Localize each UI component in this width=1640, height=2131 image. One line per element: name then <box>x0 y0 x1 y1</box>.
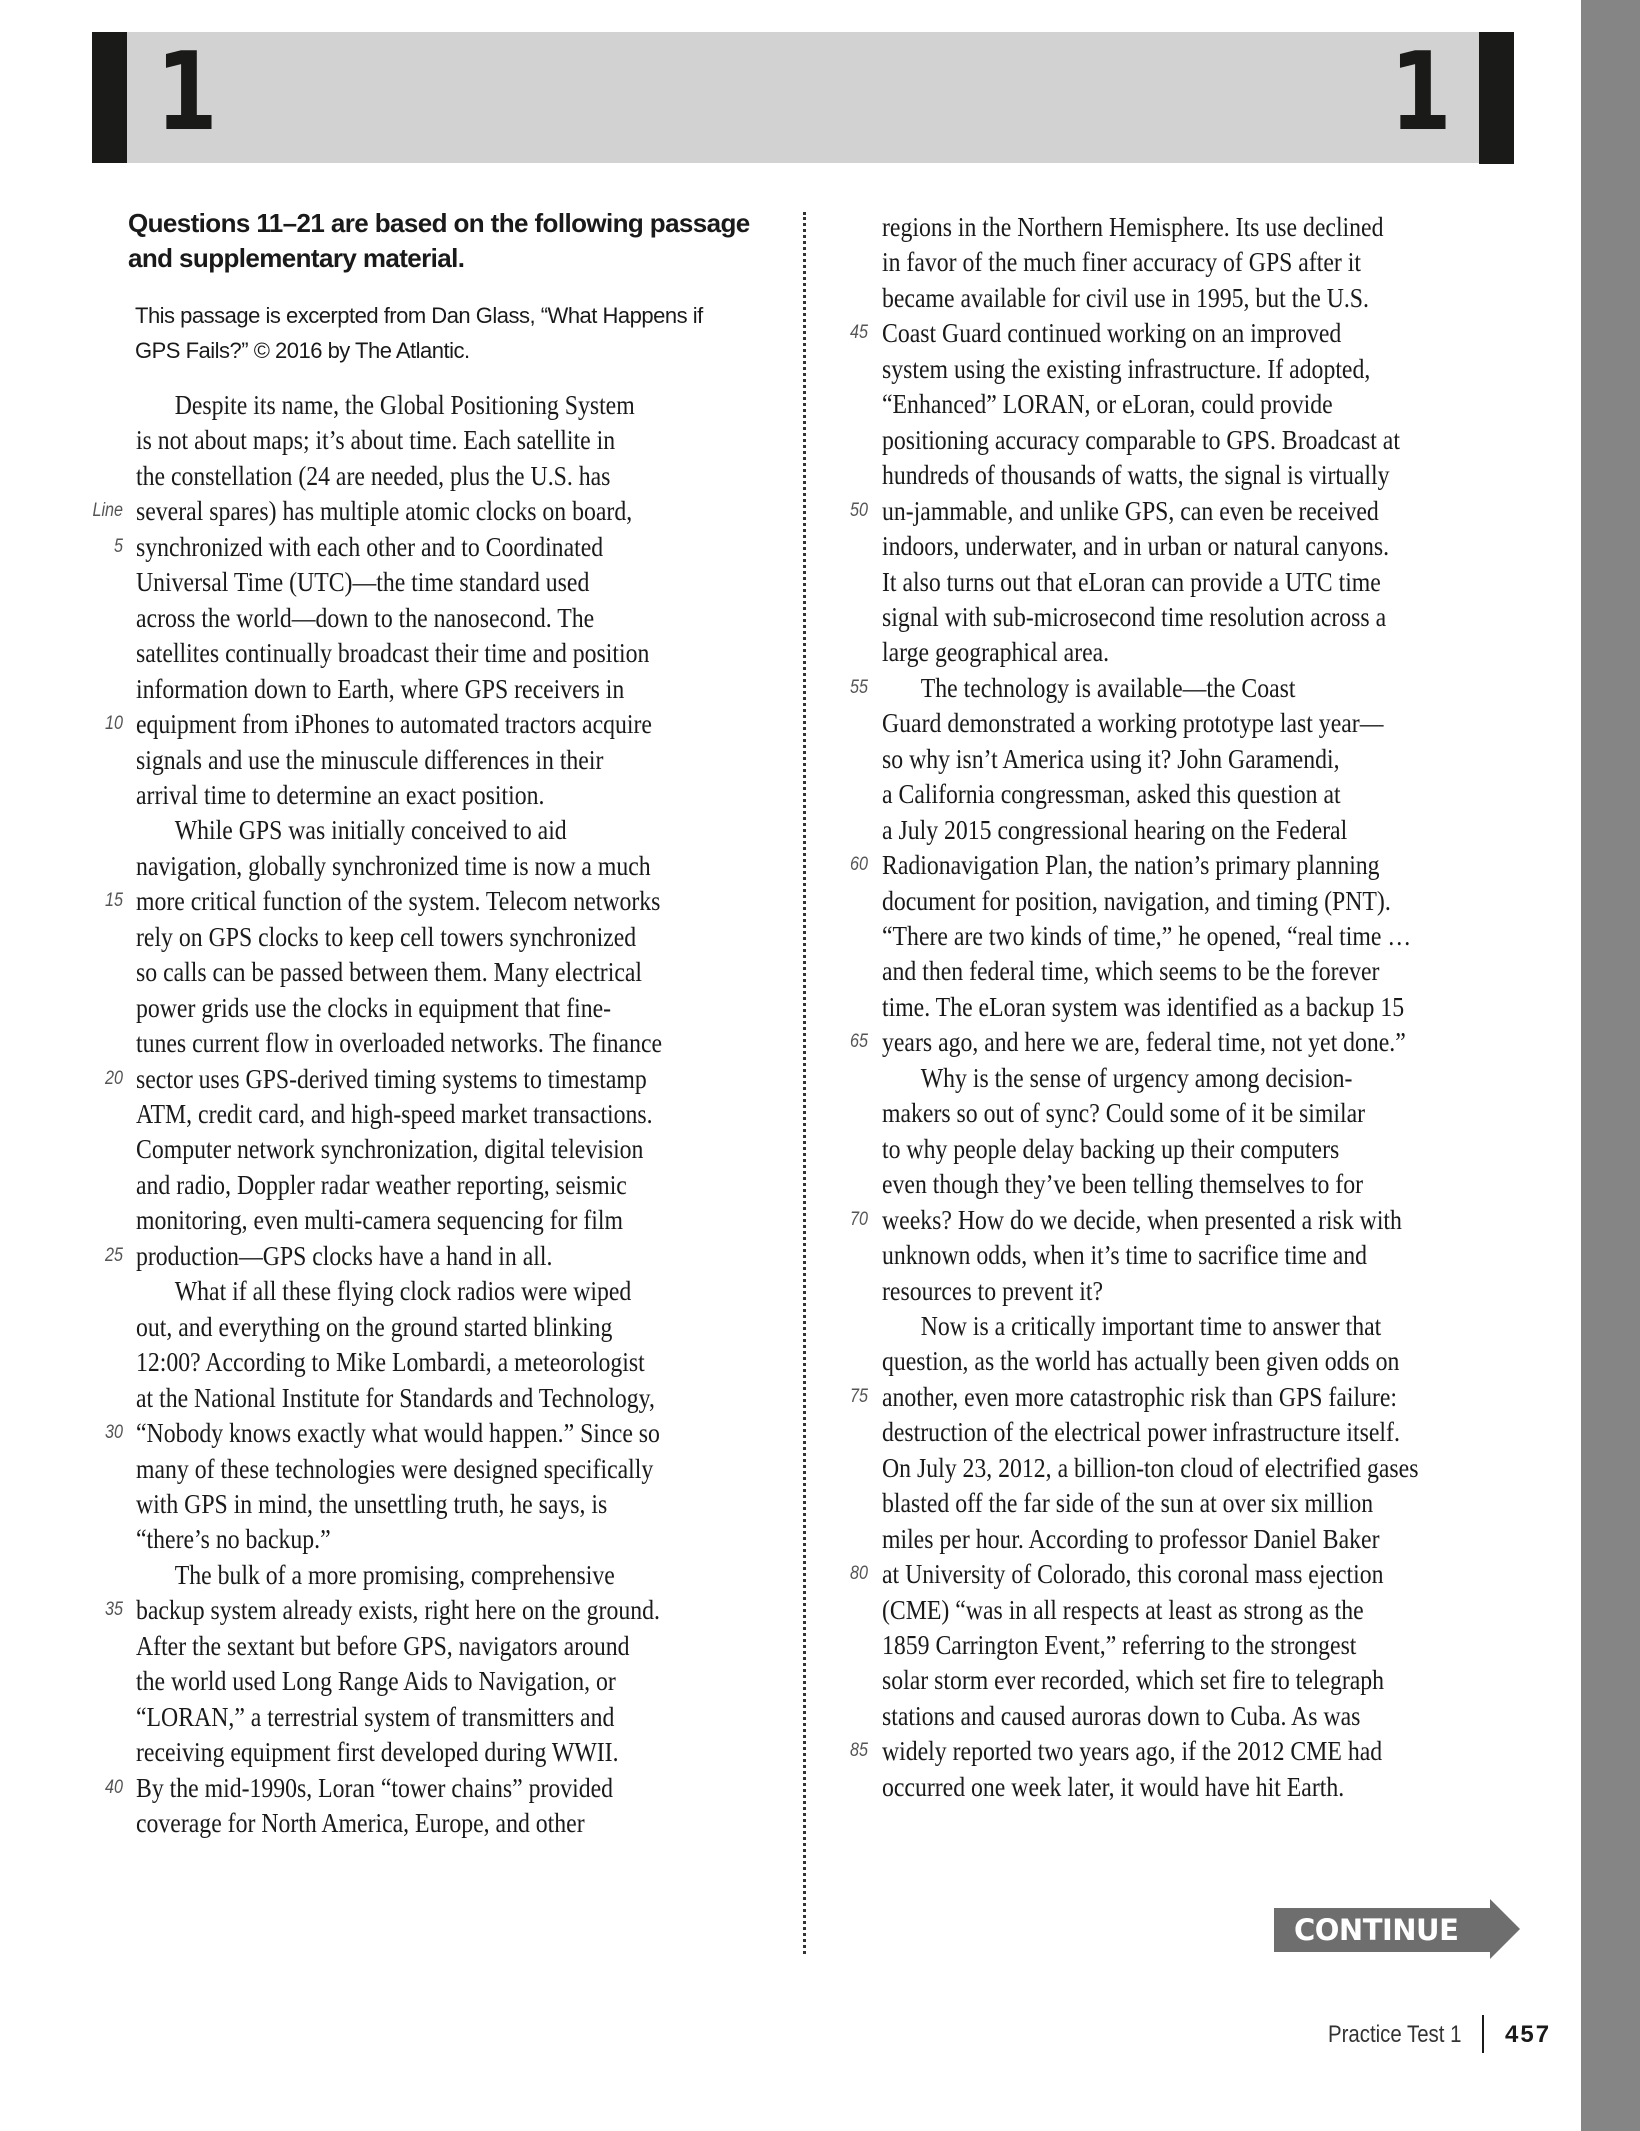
section-header-band <box>92 32 1514 163</box>
line-number-label: 30 <box>81 1416 124 1450</box>
line-number-label: 75 <box>826 1380 869 1414</box>
passage-line: 12:00? According to Mike Lombardi, a met… <box>136 1345 645 1379</box>
passage-line: Radionavigation Plan, the nation’s prima… <box>882 848 1380 882</box>
passage-line: hundreds of thousands of watts, the sign… <box>882 458 1389 492</box>
passage-line: time. The eLoran system was identified a… <box>882 990 1404 1024</box>
passage-line: across the world—down to the nanosecond.… <box>136 601 594 635</box>
continue-label: CONTINUE <box>1294 1908 1458 1952</box>
passage-line: a California congressman, asked this que… <box>882 777 1341 811</box>
section-number-left: 1 <box>156 38 218 148</box>
passage-line: positioning accuracy comparable to GPS. … <box>882 423 1400 457</box>
passage-line: system using the existing infrastructure… <box>882 352 1370 386</box>
passage-line: the constellation (24 are needed, plus t… <box>136 459 610 493</box>
passage-line: a July 2015 congressional hearing on the… <box>882 813 1347 847</box>
passage-line: out, and everything on the ground starte… <box>136 1310 612 1344</box>
passage-line: information down to Earth, where GPS rec… <box>136 672 624 706</box>
passage-line: equipment from iPhones to automated trac… <box>136 707 652 741</box>
section-header-right-bar <box>1479 32 1514 164</box>
passage-line: “there’s no backup.” <box>136 1522 331 1556</box>
line-number-label: 40 <box>81 1771 124 1805</box>
page-edge-tab <box>1581 0 1640 2131</box>
column-divider <box>803 212 806 1954</box>
passage-line: many of these technologies were designed… <box>136 1452 653 1486</box>
passage-line: so why isn’t America using it? John Gara… <box>882 742 1340 776</box>
passage-line: and then federal time, which seems to be… <box>882 954 1379 988</box>
passage-line: miles per hour. According to professor D… <box>882 1522 1380 1556</box>
line-number-label: 85 <box>826 1734 869 1768</box>
passage-line: large geographical area. <box>882 635 1109 669</box>
passage-line: “There are two kinds of time,” he opened… <box>882 919 1411 953</box>
passage-line: power grids use the clocks in equipment … <box>136 991 611 1025</box>
section-number-right: 1 <box>1390 38 1452 148</box>
passage-line: stations and caused auroras down to Cuba… <box>882 1699 1360 1733</box>
passage-line: The bulk of a more promising, comprehens… <box>136 1558 615 1592</box>
passage-line: sector uses GPS-derived timing systems t… <box>136 1062 647 1096</box>
passage-line: What if all these flying clock radios we… <box>136 1274 631 1308</box>
line-number-label: 45 <box>826 316 869 350</box>
passage-line: “LORAN,” a terrestrial system of transmi… <box>136 1700 614 1734</box>
line-number-label: 35 <box>81 1593 124 1627</box>
passage-line: the world used Long Range Aids to Naviga… <box>136 1664 616 1698</box>
passage-line: synchronized with each other and to Coor… <box>136 530 603 564</box>
passage-line: ATM, credit card, and high-speed market … <box>136 1097 653 1131</box>
section-header-left-bar <box>92 32 127 163</box>
footer-separator <box>1482 2015 1484 2053</box>
passage-line: widely reported two years ago, if the 20… <box>882 1734 1382 1768</box>
passage-line: with GPS in mind, the unsettling truth, … <box>136 1487 607 1521</box>
passage-line: navigation, globally synchronized time i… <box>136 849 651 883</box>
passage-line: satellites continually broadcast their t… <box>136 636 649 670</box>
line-number-label: 20 <box>81 1062 124 1096</box>
passage-line: Coast Guard continued working on an impr… <box>882 316 1341 350</box>
passage-line: “Nobody knows exactly what would happen.… <box>136 1416 660 1450</box>
line-number-label: 10 <box>81 707 124 741</box>
passage-line: Guard demonstrated a working prototype l… <box>882 706 1383 740</box>
passage-line: document for position, navigation, and t… <box>882 884 1391 918</box>
line-number-label: 70 <box>826 1203 869 1237</box>
passage-line: arrival time to determine an exact posit… <box>136 778 544 812</box>
passage-line: Now is a critically important time to an… <box>882 1309 1381 1343</box>
line-number-label: Line <box>81 494 124 528</box>
passage-line: (CME) “was in all respects at least as s… <box>882 1593 1364 1627</box>
passage-line: While GPS was initially conceived to aid <box>136 813 567 847</box>
passage-line: production—GPS clocks have a hand in all… <box>136 1239 552 1273</box>
passage-line: un-jammable, and unlike GPS, can even be… <box>882 494 1379 528</box>
passage-line: By the mid-1990s, Loran “tower chains” p… <box>136 1771 613 1805</box>
line-number-label: 55 <box>826 671 869 705</box>
line-number-label: 60 <box>826 848 869 882</box>
footer-test-label: Practice Test 1 <box>1328 2017 1461 2053</box>
passage-line: is not about maps; it’s about time. Each… <box>136 423 615 457</box>
passage-line: indoors, underwater, and in urban or nat… <box>882 529 1389 563</box>
passage-line: monitoring, even multi-camera sequencing… <box>136 1203 623 1237</box>
passage-line: 1859 Carrington Event,” referring to the… <box>882 1628 1356 1662</box>
line-number-label: 65 <box>826 1025 869 1059</box>
passage-line: even though they’ve been telling themsel… <box>882 1167 1363 1201</box>
passage-line: signal with sub-microsecond time resolut… <box>882 600 1386 634</box>
passage-line: The technology is available—the Coast <box>882 671 1296 705</box>
passage-line: On July 23, 2012, a billion-ton cloud of… <box>882 1451 1418 1485</box>
passage-line: It also turns out that eLoran can provid… <box>882 565 1381 599</box>
passage-line: unknown odds, when it’s time to sacrific… <box>882 1238 1367 1272</box>
passage-line: Computer network synchronization, digita… <box>136 1132 643 1166</box>
passage-line: and radio, Doppler radar weather reporti… <box>136 1168 627 1202</box>
passage-line: backup system already exists, right here… <box>136 1593 660 1627</box>
passage-line: blasted off the far side of the sun at o… <box>882 1486 1373 1520</box>
passage-line: so calls can be passed between them. Man… <box>136 955 642 989</box>
passage-line: signals and use the minuscule difference… <box>136 743 603 777</box>
passage-line: became available for civil use in 1995, … <box>882 281 1369 315</box>
passage-line: solar storm ever recorded, which set fir… <box>882 1663 1384 1697</box>
passage-line: Despite its name, the Global Positioning… <box>136 388 635 422</box>
passage-line: occurred one week later, it would have h… <box>882 1770 1344 1804</box>
passage-line: makers so out of sync? Could some of it … <box>882 1096 1365 1130</box>
passage-line: destruction of the electrical power infr… <box>882 1415 1400 1449</box>
passage-line: another, even more catastrophic risk tha… <box>882 1380 1397 1414</box>
passage-line: Universal Time (UTC)—the time standard u… <box>136 565 589 599</box>
line-number-label: 50 <box>826 494 869 528</box>
passage-line: years ago, and here we are, federal time… <box>882 1025 1406 1059</box>
passage-line: several spares) has multiple atomic cloc… <box>136 494 632 528</box>
passage-line: regions in the Northern Hemisphere. Its … <box>882 210 1383 244</box>
passage-line: weeks? How do we decide, when presented … <box>882 1203 1402 1237</box>
passage-line: at the National Institute for Standards … <box>136 1381 655 1415</box>
passage-line: resources to prevent it? <box>882 1274 1103 1308</box>
passage-line: to why people delay backing up their com… <box>882 1132 1339 1166</box>
passage-line: coverage for North America, Europe, and … <box>136 1806 585 1840</box>
line-number-label: 15 <box>81 884 124 918</box>
source-note-line: This passage is excerpted from Dan Glass… <box>135 298 703 333</box>
questions-heading-line: Questions 11–21 are based on the followi… <box>128 206 750 241</box>
passage-line: at University of Colorado, this coronal … <box>882 1557 1383 1591</box>
passage-line: more critical function of the system. Te… <box>136 884 660 918</box>
continue-button[interactable]: CONTINUE <box>1274 1899 1520 1959</box>
line-number-label: 80 <box>826 1557 869 1591</box>
passage-line: in favor of the much finer accuracy of G… <box>882 245 1361 279</box>
passage-line: question, as the world has actually been… <box>882 1344 1399 1378</box>
page-number: 457 <box>1505 2017 1551 2053</box>
passage-line: rely on GPS clocks to keep cell towers s… <box>136 920 636 954</box>
passage-line: “Enhanced” LORAN, or eLoran, could provi… <box>882 387 1333 421</box>
passage-line: Why is the sense of urgency among decisi… <box>882 1061 1352 1095</box>
line-number-label: 25 <box>81 1239 124 1273</box>
passage-line: receiving equipment first developed duri… <box>136 1735 619 1769</box>
passage-line: tunes current flow in overloaded network… <box>136 1026 662 1060</box>
source-note-line: GPS Fails?” © 2016 by The Atlantic. <box>135 333 470 368</box>
line-number-label: 5 <box>81 530 124 564</box>
questions-heading-line: and supplementary material. <box>128 241 464 276</box>
passage-line: After the sextant but before GPS, naviga… <box>136 1629 630 1663</box>
